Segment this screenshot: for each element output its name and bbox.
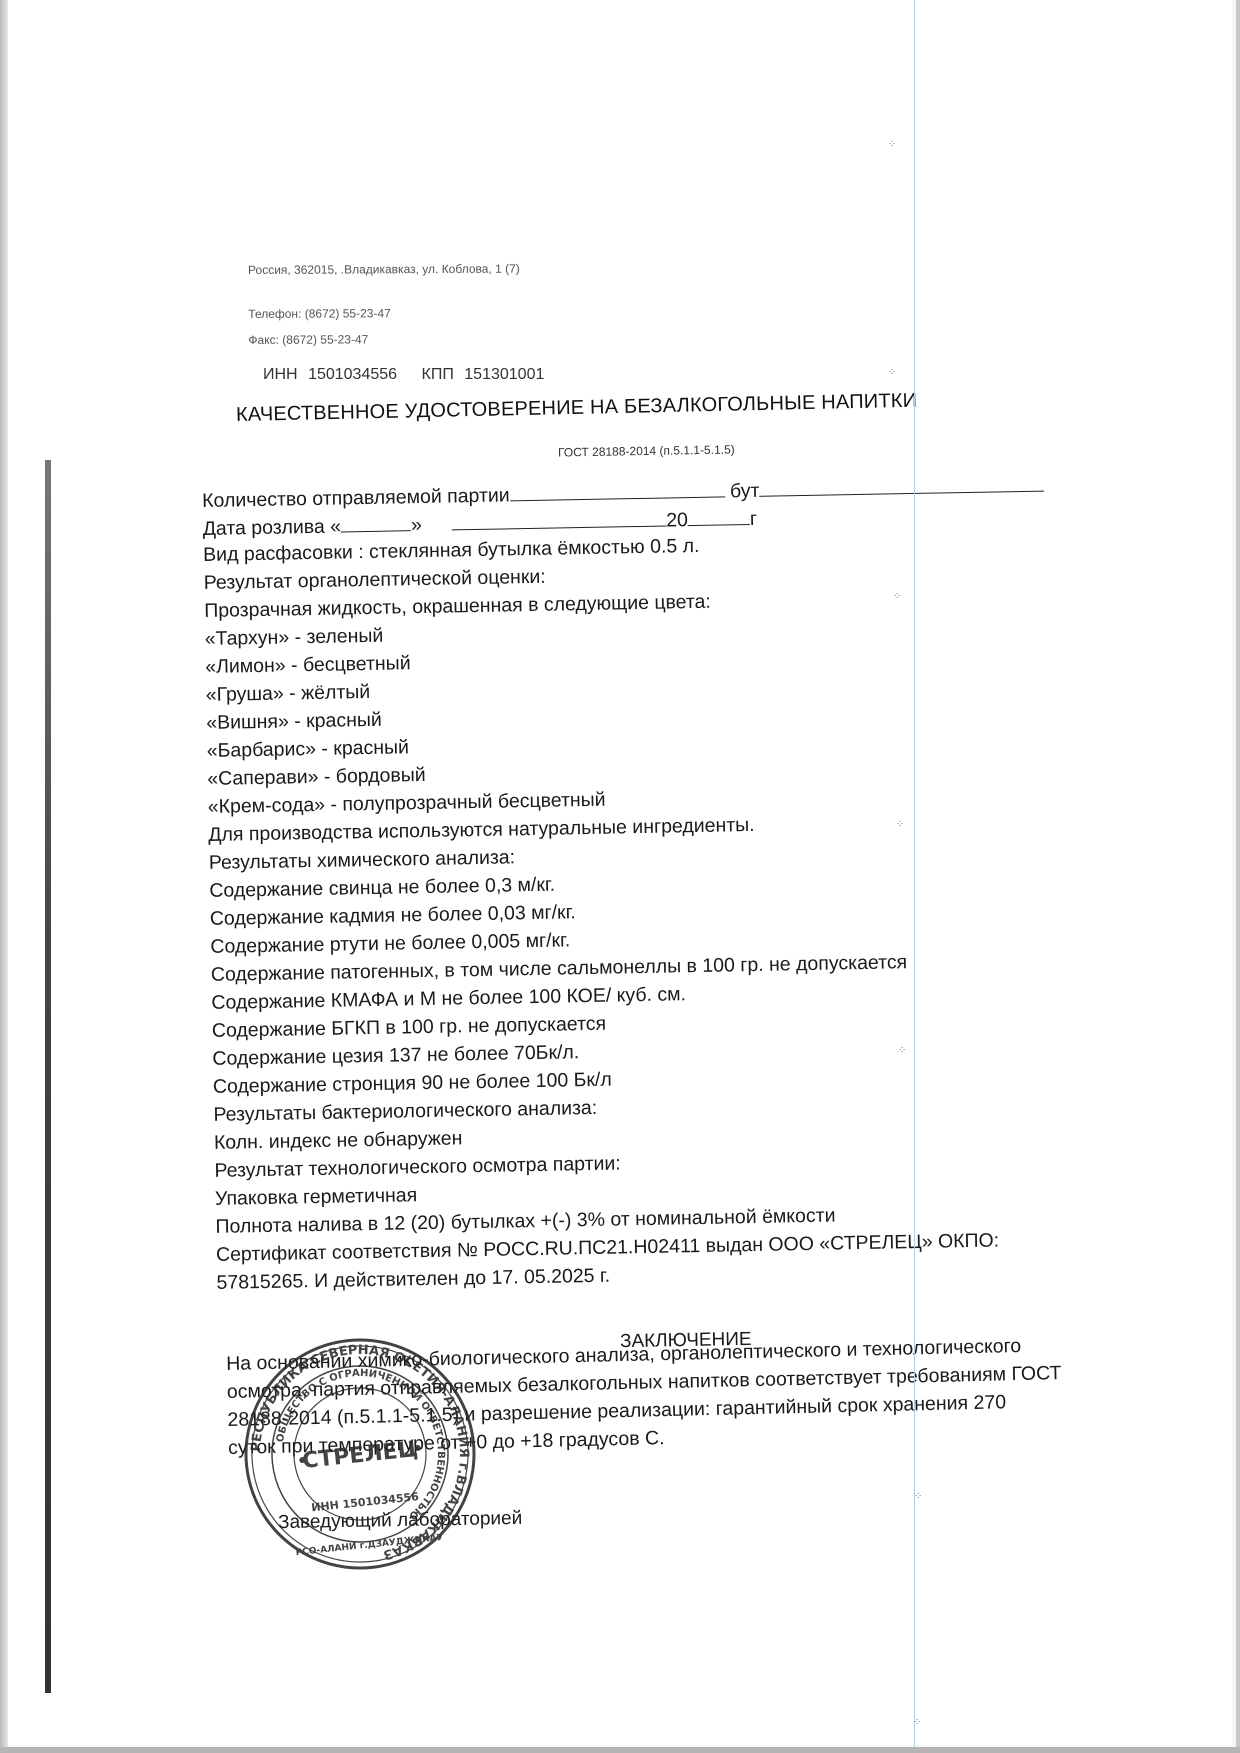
bottling-date-label: Дата розлива «	[203, 515, 342, 540]
chemical-item: Содержание кадмия не более 0,03 мг/кг.	[210, 903, 576, 929]
batch-quantity-blank[interactable]	[509, 480, 724, 501]
flavor-item: «Груша» - жёлтый	[206, 683, 371, 706]
chemical-item: Содержание стронция 90 не более 100 Бк/л	[213, 1071, 612, 1098]
bottling-date-close: »	[411, 514, 422, 536]
company-phone: Телефон: (8672) 55-23-47	[248, 307, 391, 320]
packaging-line: Вид расфасовки : стеклянная бутылка ёмко…	[203, 537, 700, 566]
flavor-item: «Крем-сода» - полупрозрачный бесцветный	[208, 791, 606, 818]
scan-artifact: ⁘	[893, 592, 907, 602]
bottling-year-prefix: 20	[666, 509, 688, 531]
certificate-validity: 57815265. И действителен до 17. 05.2025 …	[216, 1267, 610, 1294]
inn-value: 1501034556	[308, 366, 397, 383]
document-title: КАЧЕСТВЕННОЕ УДОСТОВЕРЕНИЕ НА БЕЗАЛКОГОЛ…	[236, 390, 918, 427]
scan-artifact: ⁘	[896, 820, 910, 830]
scan-artifact: ⁘	[898, 1046, 912, 1056]
bottling-year-suffix: г	[750, 508, 758, 530]
binder-shadow	[45, 460, 51, 1693]
stamp-seal-icon: РЕСПУБЛИКА СЕВЕРНАЯ ОСЕТИЯ-АЛАНИЯ г.ВЛАД…	[228, 1324, 491, 1584]
scan-artifact: ⁘	[913, 1718, 927, 1728]
ingredients-note: Для производства используются натуральны…	[208, 816, 755, 846]
chemical-item: Содержание свинца не более 0,3 м/кг.	[209, 876, 555, 902]
chemical-heading: Результаты химического анализа:	[209, 848, 516, 873]
chemical-item: Содержание патогенных, в том числе сальм…	[211, 953, 908, 985]
scan-left-edge	[0, 0, 8, 1753]
flavor-item: «Барбарис» - красный	[207, 738, 410, 761]
flavor-item: «Вишня» - красный	[206, 711, 382, 734]
scan-guide-line	[914, 0, 915, 1753]
chemical-item: Содержание цезия 137 не более 70Бк/л.	[212, 1043, 579, 1069]
company-stamp: РЕСПУБЛИКА СЕВЕРНАЯ ОСЕТИЯ-АЛАНИЯ г.ВЛАД…	[228, 1324, 491, 1584]
batch-quantity-unit: бут	[730, 480, 760, 503]
batch-quantity-bottles-blank[interactable]	[759, 475, 1044, 497]
certificate-line: Сертификат соответствия № РОСС.RU.ПС21.Н…	[216, 1232, 999, 1266]
organoleptic-heading: Результат органолептической оценки:	[204, 568, 546, 594]
chemical-item: Содержание БГКП в 100 гр. не допускается	[212, 1015, 606, 1042]
bottling-year-blank[interactable]	[688, 508, 750, 526]
bacteriological-result: Колн. индекс не обнаружен	[214, 1129, 463, 1153]
tax-ids: ИНН 1501034556 КПП 151301001	[263, 366, 544, 384]
kpp-label: КПП	[422, 366, 454, 383]
svg-text:СТРЕЛЕЦ: СТРЕЛЕЦ	[301, 1437, 419, 1474]
flavor-item: «Саперави» - бордовый	[207, 766, 426, 789]
company-fax: Факс: (8672) 55-23-47	[248, 333, 368, 346]
scan-right-edge	[1236, 0, 1240, 1753]
batch-quantity-row: Количество отправляемой партии бут	[202, 475, 1045, 512]
inn-label: ИНН	[263, 366, 298, 383]
scan-artifact: ⁘	[888, 368, 902, 378]
bottling-day-blank[interactable]	[341, 514, 411, 532]
document-page: ⁘ ⁘ ⁘ ⁘ ⁘ ⁘ ⁘ Россия, 362015, .Владикавк…	[8, 0, 1232, 1745]
packaging-seal: Упаковка герметичная	[215, 1186, 418, 1209]
flavor-item: «Тархун» - зеленый	[205, 627, 384, 650]
batch-quantity-label: Количество отправляемой партии	[202, 484, 510, 512]
scan-artifact: ⁘	[914, 1492, 928, 1502]
kpp-value: 151301001	[464, 366, 544, 383]
flavor-item: «Лимон» - бесцветный	[205, 654, 411, 677]
fill-tolerance: Полнота налива в 12 (20) бутылках +(-) 3…	[215, 1207, 835, 1238]
bottling-month-blank[interactable]	[451, 509, 666, 530]
bacteriological-heading: Результаты бактериологического анализа:	[213, 1099, 597, 1126]
chemical-item: Содержание КМАФА и М не более 100 КОЕ/ к…	[211, 985, 686, 1013]
scan-bottom-edge	[0, 1747, 1240, 1753]
company-address: Россия, 362015, .Владикавказ, ул. Коблов…	[248, 263, 520, 276]
svg-text:ИНН 1501034556: ИНН 1501034556	[311, 1490, 420, 1514]
document-body: Количество отправляемой партии бут Дата …	[202, 474, 1102, 490]
chemical-item: Содержание ртути не более 0,005 мг/кг.	[210, 931, 570, 957]
gost-reference: ГОСТ 28188-2014 (п.5.1.1-5.1.5)	[558, 442, 735, 459]
scan-artifact: ⁘	[888, 140, 902, 150]
technological-heading: Результат технологического осмотра парти…	[214, 1154, 621, 1181]
organoleptic-intro: Прозрачная жидкость, окрашенная в следую…	[204, 593, 711, 622]
